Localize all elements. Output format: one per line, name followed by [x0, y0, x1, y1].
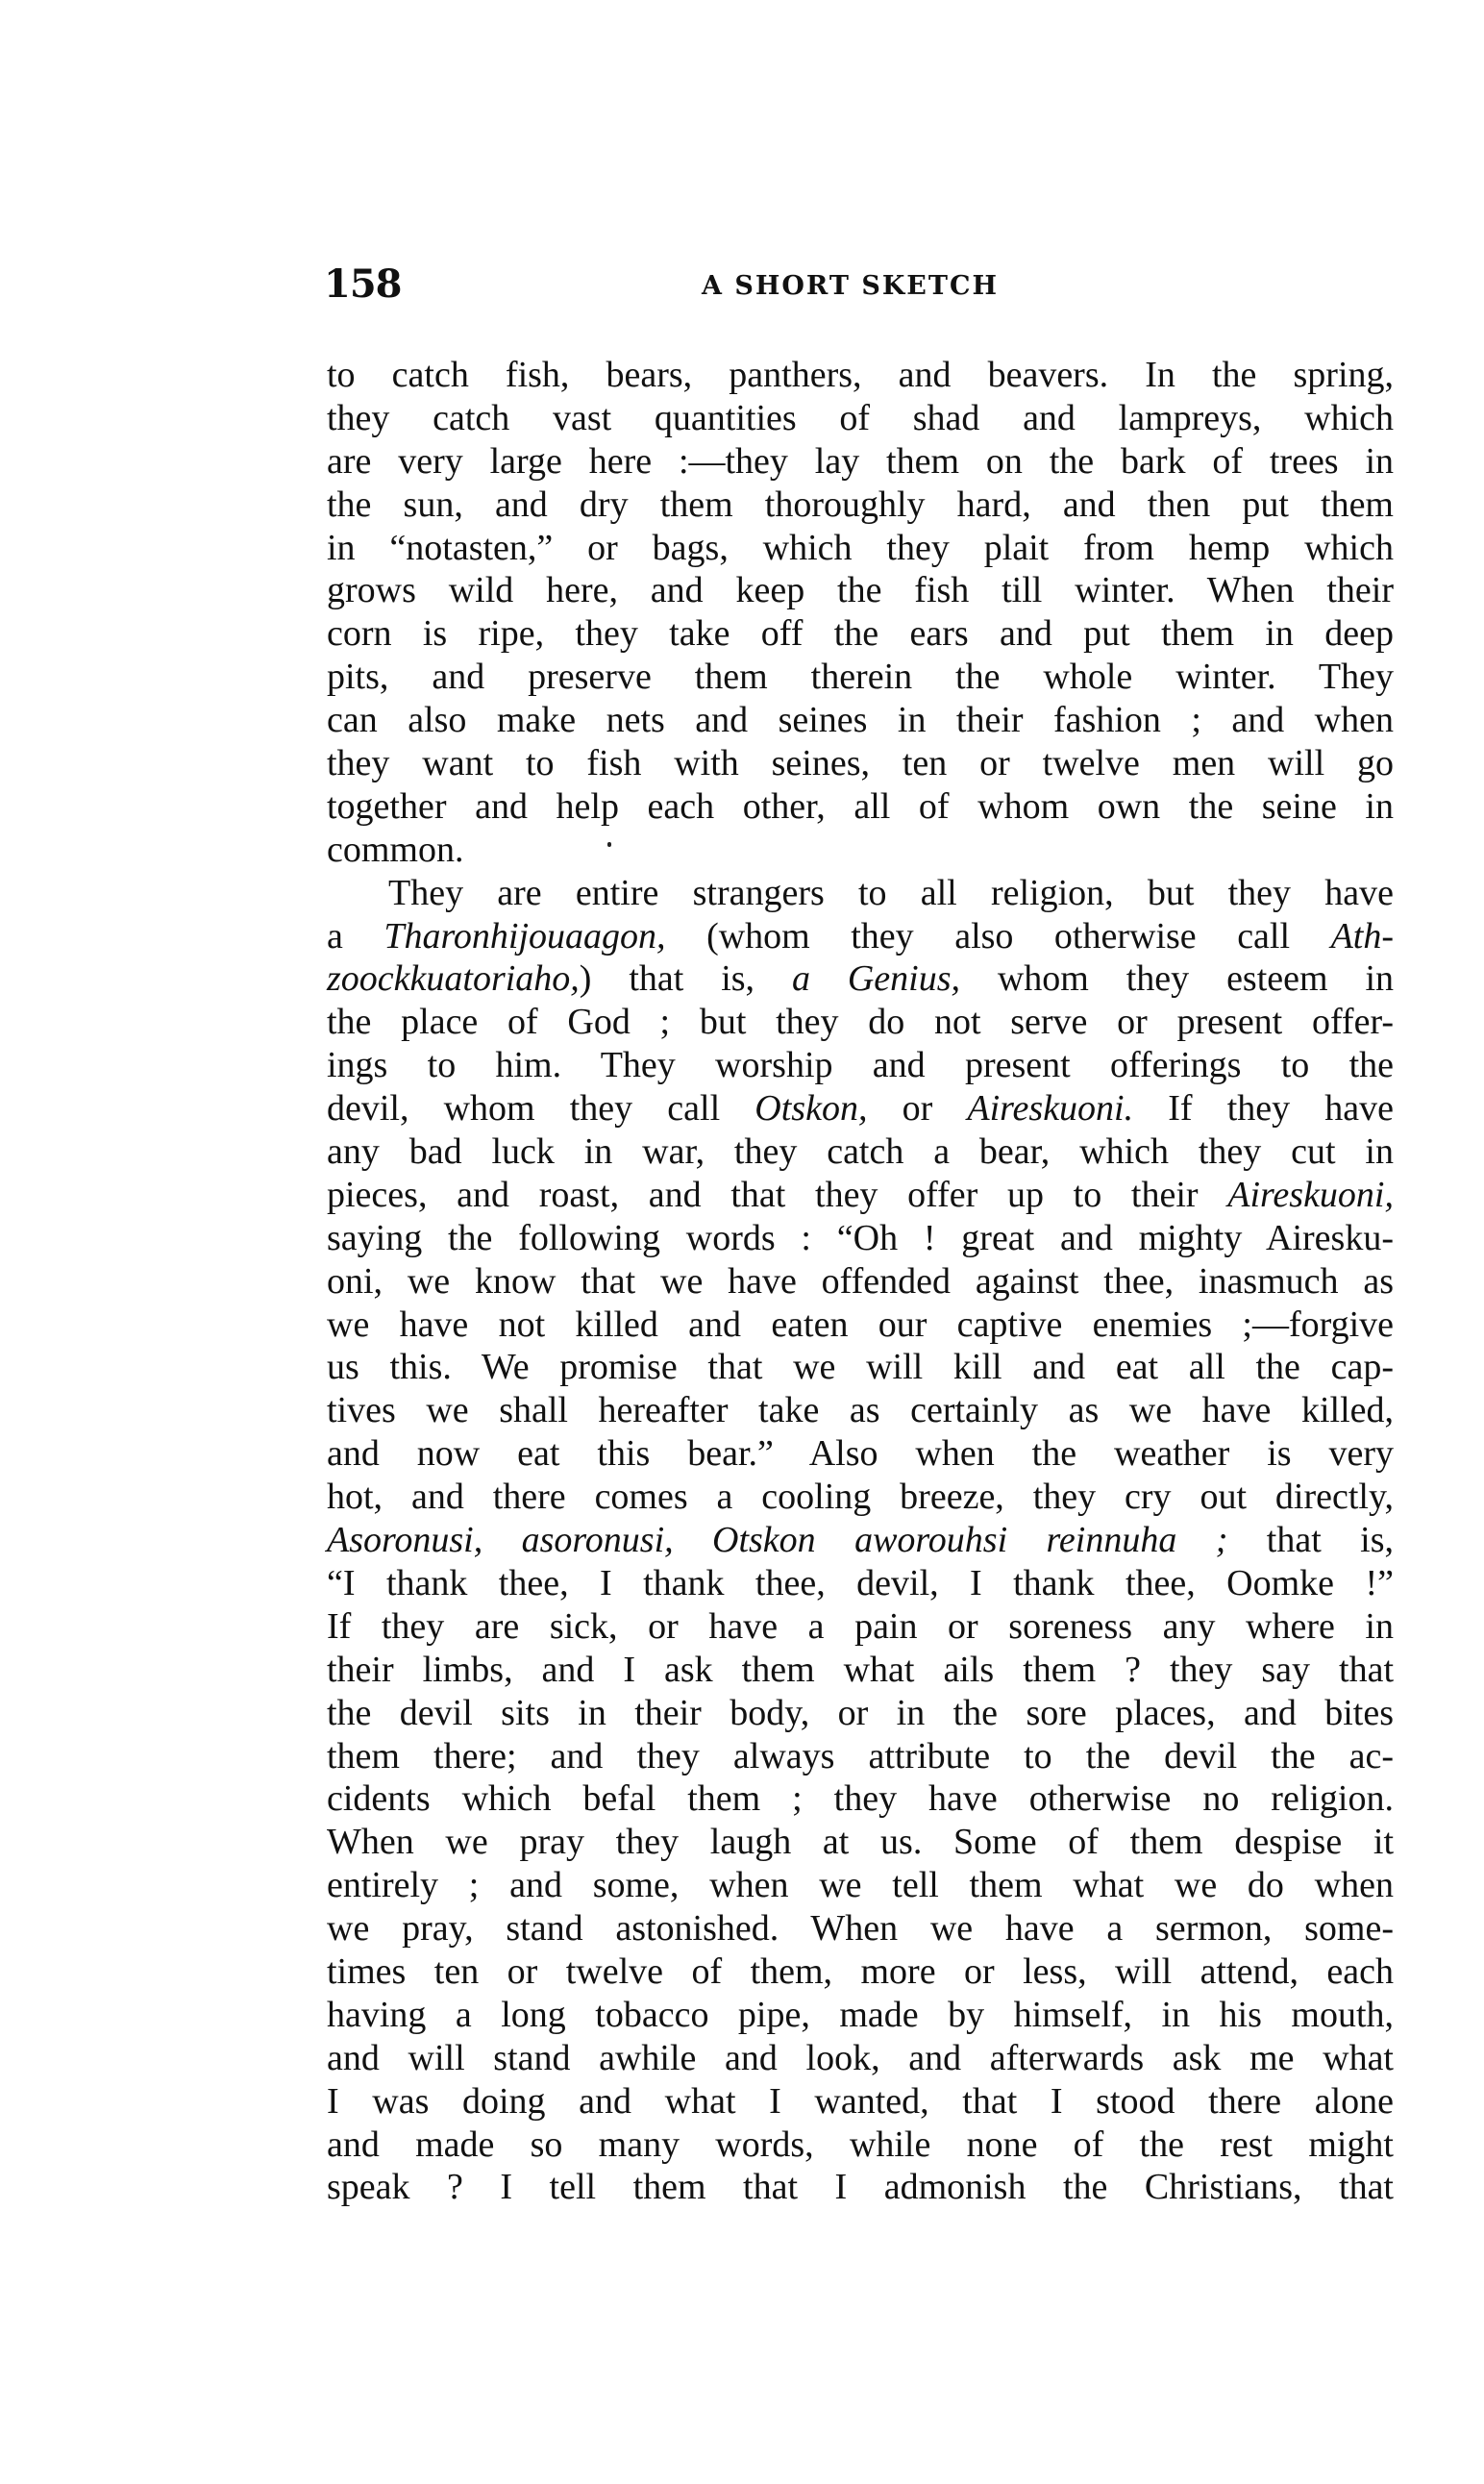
text-line: to catch fish, bears, panthers, and beav… [327, 354, 1394, 397]
text-line: cidents which befal them ; they have oth… [327, 1777, 1394, 1821]
text-line: hot, and there comes a cooling breeze, t… [327, 1476, 1394, 1519]
text-line: I was doing and what I wanted, that I st… [327, 2080, 1394, 2124]
text-line: the devil sits in their body, or in the … [327, 1692, 1394, 1735]
italic-term: Ath- [1331, 916, 1394, 956]
italic-term: Tharonhijouaagon, [383, 916, 665, 956]
text-line: corn is ripe, they take off the ears and… [327, 612, 1394, 656]
text-line: common. [327, 829, 1394, 872]
text-line: pieces, and roast, and that they offer u… [327, 1174, 1394, 1217]
text-line: ings to him. They worship and present of… [327, 1044, 1394, 1087]
text-line: the sun, and dry them thoroughly hard, a… [327, 484, 1394, 527]
text-line: we pray, stand astonished. When we have … [327, 1907, 1394, 1950]
text-line: can also make nets and seines in their f… [327, 699, 1394, 742]
print-speck [607, 842, 611, 847]
text-line: and made so many words, while none of th… [327, 2124, 1394, 2167]
text-line: their limbs, and I ask them what ails th… [327, 1649, 1394, 1692]
text-line: When we pray they laugh at us. Some of t… [327, 1821, 1394, 1864]
text-line: and will stand awhile and look, and afte… [327, 2037, 1394, 2080]
text-line: Asoronusi, asoronusi, Otskon aworouhsi r… [327, 1519, 1394, 1562]
text-line: them there; and they always attribute to… [327, 1735, 1394, 1778]
text-line: we have not killed and eaten our captive… [327, 1304, 1394, 1347]
italic-term: a Genius, [792, 958, 960, 999]
text-line: us this. We promise that we will kill an… [327, 1346, 1394, 1389]
running-head: 158 A SHORT SKETCH [324, 261, 1394, 310]
text-line: devil, whom they call Otskon, or Airesku… [327, 1087, 1394, 1130]
italic-term: Otskon, [754, 1088, 867, 1129]
running-title: A SHORT SKETCH [702, 271, 999, 301]
text-line: any bad luck in war, they catch a bear, … [327, 1130, 1394, 1174]
text-line: tives we shall hereafter take as certain… [327, 1389, 1394, 1432]
text-line: pits, and preserve them therein the whol… [327, 656, 1394, 699]
text-line: a Tharonhijouaagon, (whom they also othe… [327, 915, 1394, 958]
text-line: they catch vast quantities of shad and l… [327, 397, 1394, 440]
body-text: to catch fish, bears, panthers, and beav… [327, 354, 1394, 2209]
text-line: oni, we know that we have offended again… [327, 1260, 1394, 1304]
text-line: times ten or twelve of them, more or les… [327, 1950, 1394, 1994]
text-line: saying the following words : “Oh ! great… [327, 1217, 1394, 1260]
text-line: If they are sick, or have a pain or sore… [327, 1605, 1394, 1649]
text-line: entirely ; and some, when we tell them w… [327, 1864, 1394, 1907]
text-line: “I thank thee, I thank thee, devil, I th… [327, 1562, 1394, 1605]
italic-term: Aireskuoni. [967, 1088, 1133, 1129]
text-line: in “notasten,” or bags, which they plait… [327, 527, 1394, 570]
text-line: the place of God ; but they do not serve… [327, 1001, 1394, 1044]
text-line: speak ? I tell them that I admonish the … [327, 2166, 1394, 2209]
text-line: grows wild here, and keep the fish till … [327, 569, 1394, 612]
italic-term: Asoronusi, asoronusi, Otskon aworouhsi r… [327, 1520, 1227, 1560]
text-line: they want to fish with seines, ten or tw… [327, 742, 1394, 785]
text-line: zoockkuatoriaho,) that is, a Genius, who… [327, 957, 1394, 1001]
page-number: 158 [324, 261, 402, 307]
italic-term: zoockkuatoriaho, [327, 958, 580, 999]
text-line: and now eat this bear.” Also when the we… [327, 1432, 1394, 1476]
text-line: together and help each other, all of who… [327, 785, 1394, 829]
text-line: They are entire strangers to all religio… [327, 872, 1394, 915]
text-line: are very large here :—they lay them on t… [327, 440, 1394, 484]
text-line: having a long tobacco pipe, made by hims… [327, 1994, 1394, 2037]
italic-term: Aireskuoni, [1227, 1175, 1394, 1215]
book-page: 158 A SHORT SKETCH to catch fish, bears,… [0, 0, 1484, 2484]
